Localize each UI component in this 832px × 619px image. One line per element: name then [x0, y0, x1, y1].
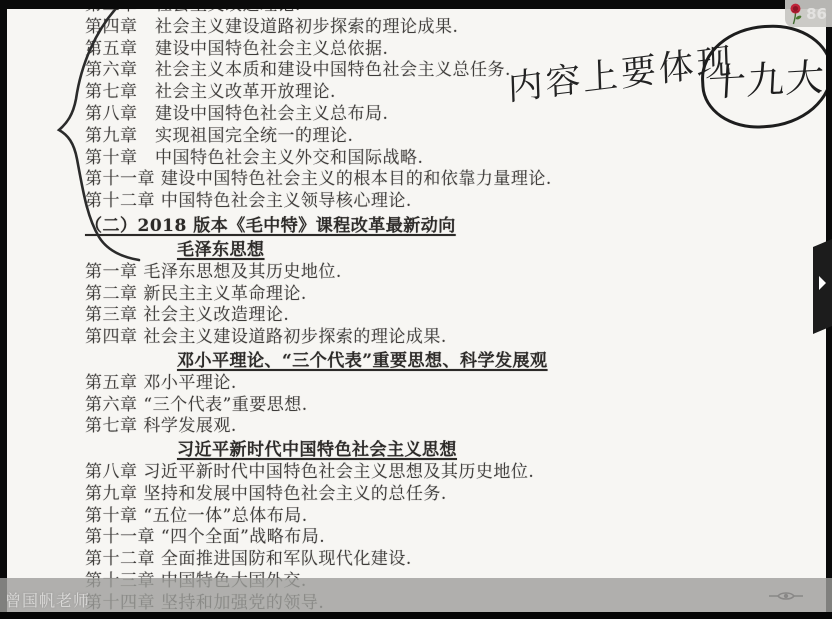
- doc-line: 第十二章 全面推进国防和军队现代化建设.: [85, 549, 825, 571]
- top-black-bar: [0, 0, 832, 9]
- video-capture-frame: 第三章 社会主义改造理论.第四章 社会主义建设道路初步探索的理论成果.第五章 建…: [0, 0, 832, 619]
- left-black-strip: [0, 0, 7, 612]
- doc-line: 习近平新时代中国特色社会主义思想: [85, 440, 825, 462]
- doc-line: 第六章 “三个代表”重要思想.: [85, 395, 825, 417]
- bottom-black-bar: [0, 612, 832, 619]
- doc-line: 第九章 实现祖国完全统一的理论.: [85, 126, 825, 148]
- doc-line: 第十章 中国特色社会主义外交和国际战略.: [85, 148, 825, 170]
- doc-line: 第四章 社会主义建设道路初步探索的理论成果.: [85, 327, 825, 349]
- handwritten-circle-text: 十九大: [707, 46, 826, 107]
- rose-icon: [788, 3, 803, 25]
- flower-count-badge[interactable]: 86: [785, 0, 832, 27]
- side-panel-toggle[interactable]: [810, 235, 832, 337]
- doc-line: 第三章 社会主义改造理论.: [85, 9, 825, 17]
- doc-line: 第八章 习近平新时代中国特色社会主义思想及其历史地位.: [85, 462, 825, 484]
- doc-line: 第十章 “五位一体”总体布局.: [85, 506, 825, 528]
- visibility-icon[interactable]: [768, 589, 804, 603]
- shared-document-page: 第三章 社会主义改造理论.第四章 社会主义建设道路初步探索的理论成果.第五章 建…: [7, 9, 826, 612]
- doc-line: 第五章 邓小平理论.: [85, 373, 825, 395]
- doc-line: 第十一章 “四个全面”战略布局.: [85, 527, 825, 549]
- doc-line: 第七章 科学发展观.: [85, 416, 825, 438]
- bottom-overlay-bar: 曾国帆老师: [0, 578, 832, 612]
- doc-line: 第十二章 中国特色社会主义领导核心理论.: [85, 191, 825, 213]
- doc-line: 第九章 坚持和发展中国特色社会主义的总任务.: [85, 484, 825, 506]
- doc-line: （二）2018 版本《毛中特》课程改革最新动向: [85, 215, 825, 238]
- flower-count: 86: [806, 5, 827, 23]
- watermark: 曾国帆老师: [5, 588, 90, 611]
- doc-line: 第三章 社会主义改造理论.: [85, 305, 825, 327]
- doc-line: 第一章 毛泽东思想及其历史地位.: [85, 262, 825, 284]
- doc-line: 毛泽东思想: [85, 240, 825, 262]
- doc-line: 第二章 新民主主义革命理论.: [85, 284, 825, 306]
- doc-line: 第十一章 建设中国特色社会主义的根本目的和依靠力量理论.: [85, 169, 825, 191]
- doc-line: 邓小平理论、“三个代表”重要思想、科学发展观: [85, 351, 825, 373]
